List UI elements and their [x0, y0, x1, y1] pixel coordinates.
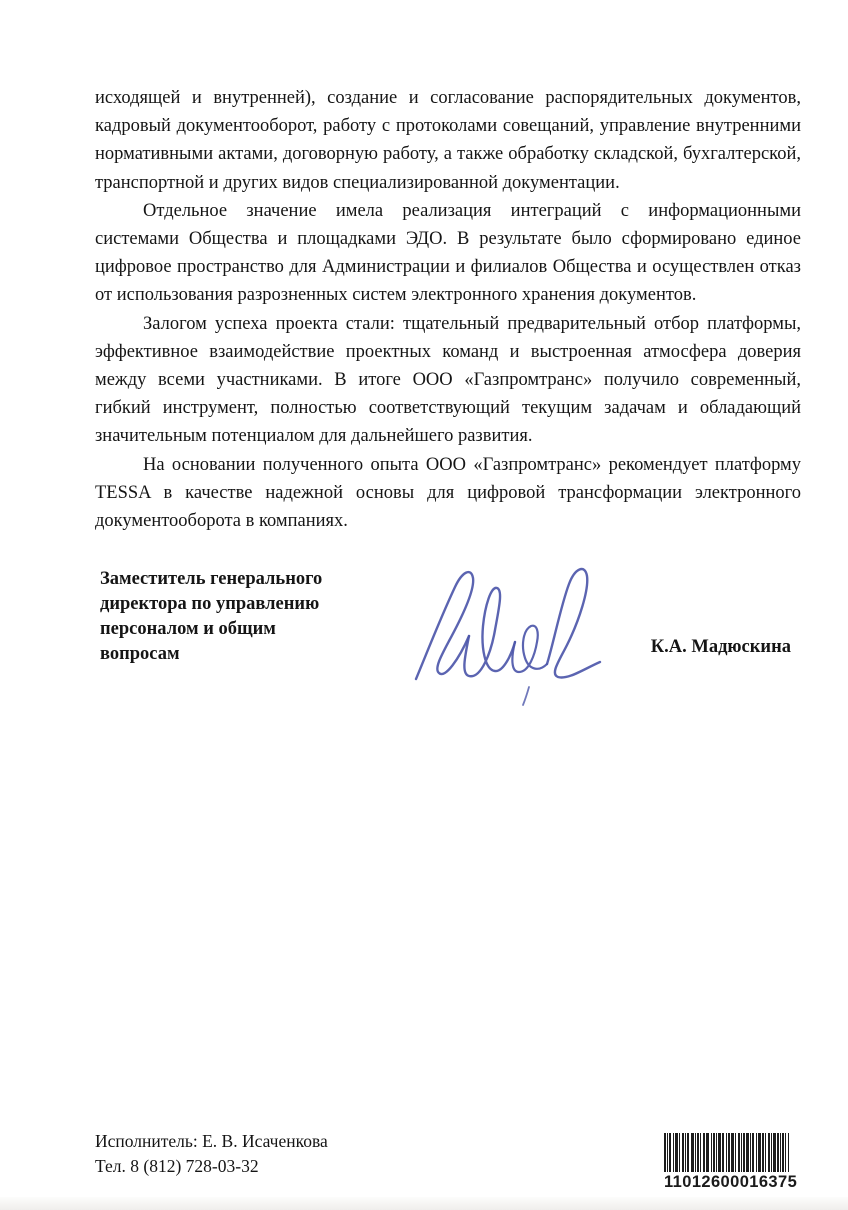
- scan-bottom-edge: [0, 1197, 848, 1210]
- barcode-bars: [664, 1133, 791, 1172]
- executor-info: Исполнитель: Е. В. Исаченкова Тел. 8 (81…: [95, 1129, 328, 1178]
- barcode: 11012600016375: [664, 1133, 791, 1192]
- body-paragraph: исходящей и внутренней), создание и согл…: [95, 84, 801, 197]
- signatory-title: Заместитель генерального директора по уп…: [100, 567, 338, 667]
- body-paragraph: На основании полученного опыта ООО «Газп…: [95, 451, 801, 536]
- signatory-name: К.А. Мадюскина: [651, 637, 791, 658]
- barcode-number: 11012600016375: [664, 1173, 791, 1192]
- signature-block: Заместитель генерального директора по уп…: [95, 565, 801, 715]
- body-paragraph: Залогом успеха проекта стали: тщательный…: [95, 310, 801, 451]
- handwritten-signature-icon: [410, 557, 605, 709]
- body-paragraph: Отдельное значение имела реализация инте…: [95, 197, 801, 310]
- letter-body: исходящей и внутренней), создание и согл…: [95, 84, 801, 535]
- executor-line: Исполнитель: Е. В. Исаченкова: [95, 1129, 328, 1154]
- phone-line: Тел. 8 (812) 728-03-32: [95, 1154, 328, 1179]
- document-page: исходящей и внутренней), создание и согл…: [0, 0, 848, 1210]
